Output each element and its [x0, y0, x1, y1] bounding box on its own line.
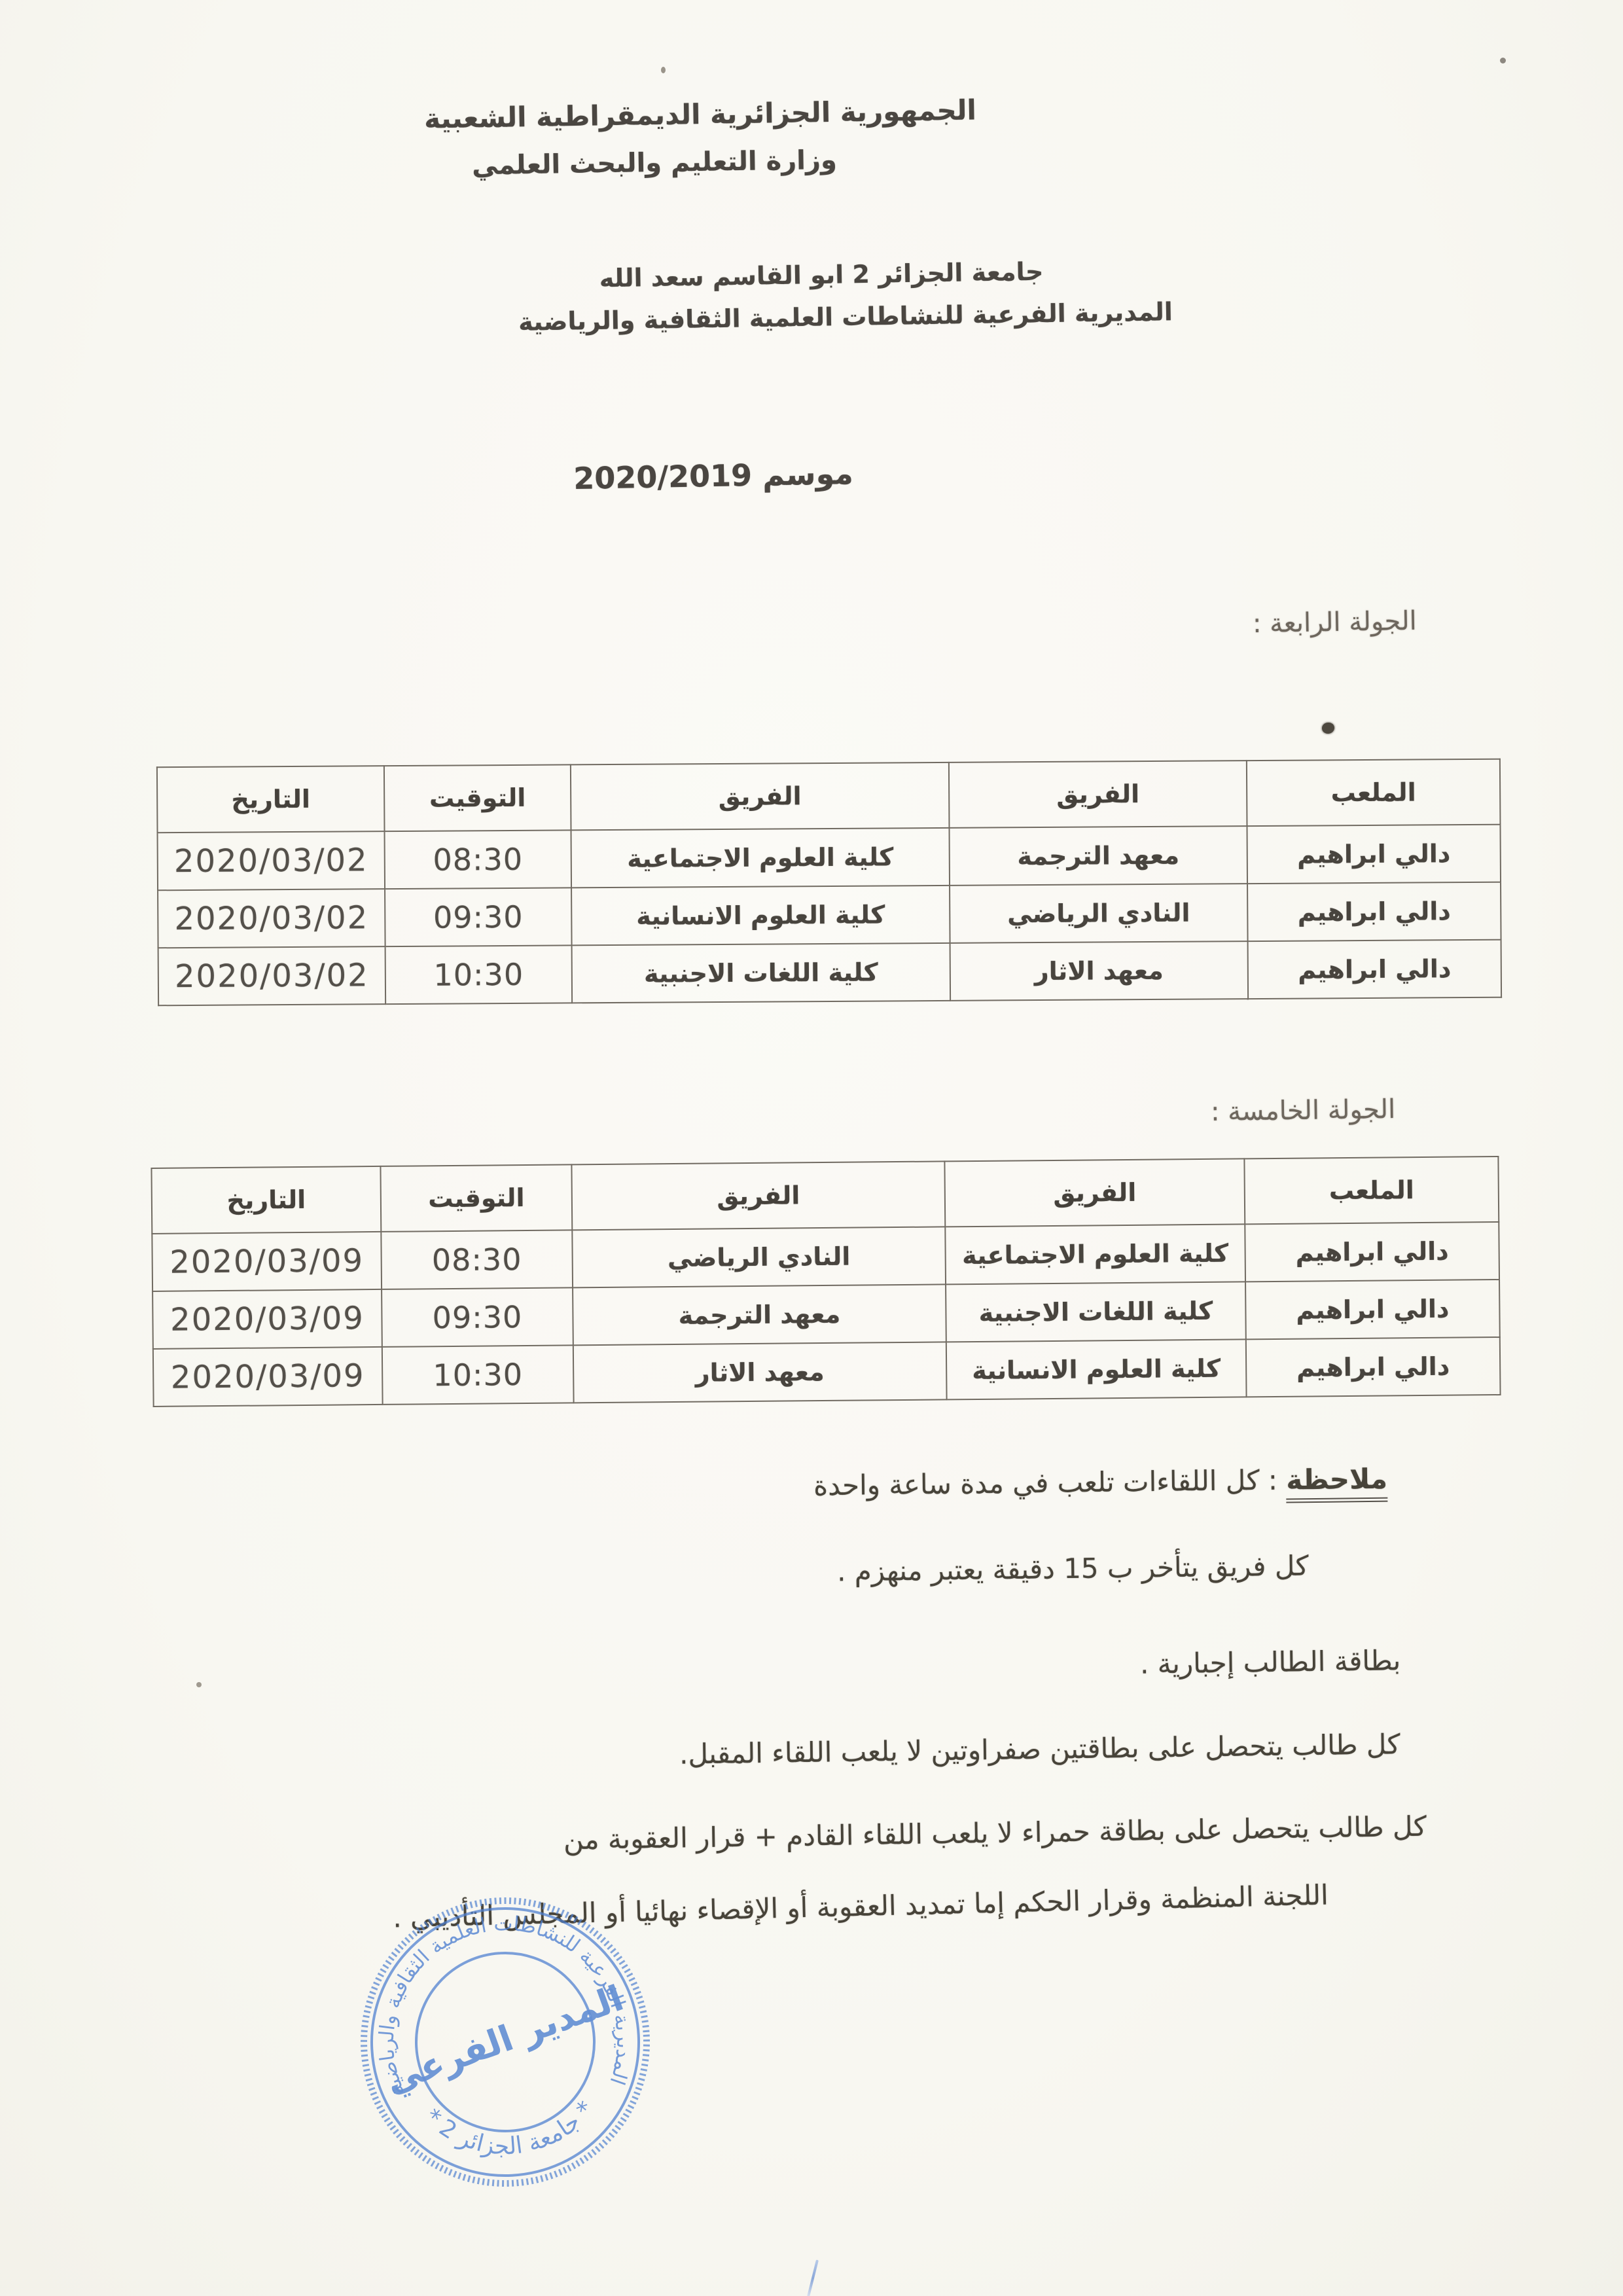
- round5-title: الجولة الخامسة :: [1211, 1094, 1396, 1127]
- cell-date: 2020/03/02: [158, 831, 385, 890]
- th-time: التوقيت: [384, 764, 571, 831]
- scan-speck: [661, 67, 666, 73]
- cell-time: 09:30: [385, 888, 572, 946]
- th-date: التاريخ: [151, 1166, 381, 1234]
- table-header-row: التاريخ التوقيت الفريق الفريق الملعب: [151, 1157, 1499, 1234]
- cell-team-b: كلية اللغات الاجنبية: [946, 1282, 1246, 1342]
- th-team-a: الفريق: [571, 762, 950, 831]
- note-line-yellow-cards: كل طالب يتحصل على بطاقتين صفراوتين لا يل…: [679, 1728, 1400, 1770]
- cell-team-b: كلية العلوم الاجتماعية: [945, 1224, 1245, 1284]
- letterhead-republic-line: الجمهورية الجزائرية الديمقراطية الشعبية: [424, 94, 976, 134]
- season-title: موسم 2020/2019: [573, 456, 853, 496]
- cell-time: 08:30: [385, 830, 572, 889]
- table-row: 2020/03/02 09:30 كلية العلوم الانسانية ا…: [158, 882, 1501, 948]
- th-team-a: الفريق: [571, 1161, 945, 1230]
- th-venue: الملعب: [1247, 759, 1501, 826]
- cell-time: 10:30: [385, 945, 573, 1004]
- scan-speck: [196, 1682, 202, 1687]
- cell-venue: دالي ابراهيم: [1245, 1280, 1500, 1339]
- cell-time: 08:30: [381, 1230, 573, 1289]
- scan-speck: [1500, 58, 1506, 63]
- cell-venue: دالي ابراهيم: [1246, 1337, 1501, 1397]
- cell-team-b: كلية العلوم الانسانية: [946, 1339, 1247, 1399]
- cell-team-b: معهد الاثار: [950, 941, 1249, 1001]
- cell-team-a: النادي الرياضي: [572, 1227, 946, 1287]
- table-row: 2020/03/02 08:30 كلية العلوم الاجتماعية …: [158, 825, 1501, 891]
- table-row: 2020/03/09 10:30 معهد الاثار كلية العلوم…: [153, 1337, 1501, 1407]
- th-date: التاريخ: [157, 766, 385, 833]
- cell-date: 2020/03/02: [158, 889, 385, 948]
- letterhead-university-line: جامعة الجزائر 2 ابو القاسم سعد الله: [599, 257, 1043, 293]
- cell-team-a: معهد الترجمة: [573, 1284, 946, 1345]
- cell-date: 2020/03/09: [153, 1347, 383, 1407]
- th-venue: الملعب: [1244, 1157, 1499, 1224]
- cell-time: 10:30: [382, 1345, 574, 1405]
- th-team-b: الفريق: [949, 761, 1247, 828]
- th-team-b: الفريق: [944, 1158, 1245, 1227]
- round4-title: الجولة الرابعة :: [1253, 606, 1417, 639]
- cell-venue: دالي ابراهيم: [1247, 882, 1501, 941]
- cell-team-b: معهد الترجمة: [949, 826, 1247, 886]
- cell-venue: دالي ابراهيم: [1247, 825, 1501, 884]
- director-stamp: المديرية الفرعية للنشاطات العلمية الثقاف…: [346, 1882, 665, 2202]
- letterhead-ministry-line: وزارة التعليم والبحث العلمي: [472, 145, 837, 181]
- round5-table: التاريخ التوقيت الفريق الفريق الملعب 202…: [151, 1156, 1501, 1407]
- cell-team-b: النادي الرياضي: [950, 884, 1248, 943]
- cell-venue: دالي ابراهيم: [1245, 1222, 1499, 1282]
- th-time: التوقيت: [380, 1164, 572, 1232]
- letterhead-subdirectorate-line: المديرية الفرعية للنشاطات العلمية الثقاف…: [518, 297, 1173, 336]
- round4-table: التاريخ التوقيت الفريق الفريق الملعب 202…: [156, 759, 1502, 1007]
- note-line-duration: ملاحظة : كل اللقاءات تلعب في مدة ساعة وا…: [813, 1463, 1387, 1502]
- table-header-row: التاريخ التوقيت الفريق الفريق الملعب: [157, 759, 1501, 833]
- note-label-rest: : كل اللقاءات تلعب في مدة ساعة واحدة: [813, 1464, 1287, 1502]
- cell-time: 09:30: [382, 1287, 573, 1347]
- document-page: { "header": { "line1": "الجمهورية الجزائ…: [0, 0, 1623, 2296]
- cell-team-a: معهد الاثار: [573, 1342, 947, 1403]
- cell-team-a: كلية العلوم الاجتماعية: [571, 828, 950, 888]
- pen-streak: [807, 2259, 819, 2296]
- cell-team-a: كلية اللغات الاجنبية: [572, 943, 951, 1003]
- note-label: ملاحظة: [1286, 1463, 1387, 1503]
- cell-date: 2020/03/02: [158, 946, 386, 1005]
- note-line-red-card: كل طالب يتحصل على بطاقة حمراء لا يلعب ال…: [563, 1810, 1427, 1856]
- cell-team-a: كلية العلوم الانسانية: [571, 886, 950, 946]
- cell-date: 2020/03/09: [152, 1232, 382, 1291]
- table-row: 2020/03/02 10:30 كلية اللغات الاجنبية مع…: [158, 940, 1501, 1006]
- ink-dot: [1322, 723, 1334, 734]
- cell-date: 2020/03/09: [152, 1289, 382, 1349]
- note-line-card: بطاقة الطالب إجبارية .: [1139, 1644, 1400, 1680]
- cell-venue: دالي ابراهيم: [1248, 940, 1502, 999]
- note-line-late: كل فريق يتأخر ب 15 دقيقة يعتبر منهزم .: [837, 1550, 1309, 1588]
